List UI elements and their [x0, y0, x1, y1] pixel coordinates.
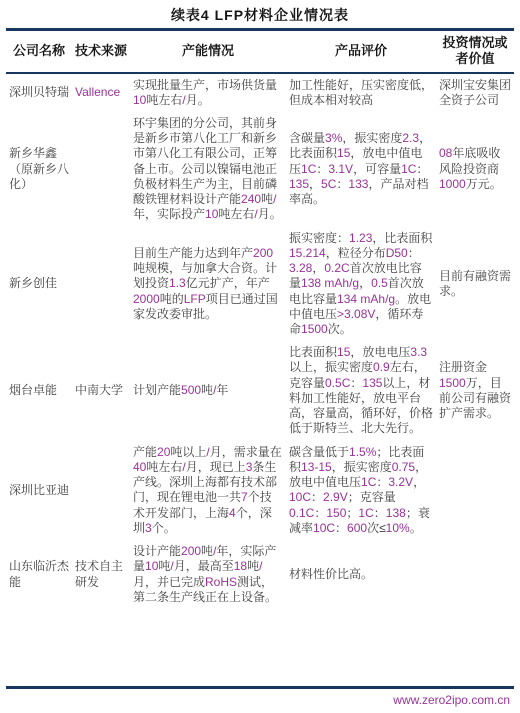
- cell-capacity: 环宇集团的分公司，其前身是新乡市第八化工厂和新乡市第八化工有限公司，正筹备上市。…: [130, 112, 286, 227]
- cell-investment: 目前有融资需求。: [436, 227, 514, 342]
- footer-website-link[interactable]: www.zero2ipo.com.cn: [0, 689, 520, 713]
- cell-evaluation: 振实密度：1.23，比表面积15.214，粒径分布D50：3.28，0.2C首次…: [286, 227, 436, 342]
- cell-tech-source: 中南大学: [72, 341, 130, 440]
- column-header-evaluation: 产品评价: [286, 30, 436, 73]
- lfp-company-table: 公司名称 技术来源 产能情况 产品评价 投资情况或者价值 深圳贝特瑞 Valle…: [6, 28, 514, 609]
- cell-capacity: 实现批量生产，市场供货量10吨左右/月。: [130, 73, 286, 112]
- cell-tech-source: [72, 112, 130, 227]
- cell-capacity: 产能20吨以上/月，需求量在40吨左右/月，现已上3条生产线。深圳上海都有技术部…: [130, 441, 286, 540]
- cell-company: 烟台卓能: [6, 341, 72, 440]
- table-row: 深圳贝特瑞 Vallence 实现批量生产，市场供货量10吨左右/月。 加工性能…: [6, 73, 514, 112]
- column-header-investment: 投资情况或者价值: [436, 30, 514, 73]
- cell-tech-source: Vallence: [72, 73, 130, 112]
- page-footer: www.zero2ipo.com.cn: [0, 686, 520, 713]
- cell-company: 深圳贝特瑞: [6, 73, 72, 112]
- cell-tech-source: [72, 227, 130, 342]
- cell-capacity: 目前生产能力达到年产200吨规模，与加拿大合资。计划投资1.3亿元扩产，年产20…: [130, 227, 286, 342]
- cell-investment: 注册资金1500万，目前公司有融资扩产需求。: [436, 341, 514, 440]
- cell-evaluation: 比表面积15，放电电压3.3以上，振实密度0.9左右，克容量0.5C：135以上…: [286, 341, 436, 440]
- cell-company: 新乡创佳: [6, 227, 72, 342]
- cell-investment: [436, 540, 514, 609]
- cell-investment: 08年底吸收风险投资商1000万元。: [436, 112, 514, 227]
- table-row: 烟台卓能 中南大学 计划产能500吨/年 比表面积15，放电电压3.3以上，振实…: [6, 341, 514, 440]
- cell-investment: [436, 441, 514, 540]
- table-row: 新乡华鑫 （原新乡八化） 环宇集团的分公司，其前身是新乡市第八化工厂和新乡市第八…: [6, 112, 514, 227]
- header-row: 公司名称 技术来源 产能情况 产品评价 投资情况或者价值: [6, 30, 514, 73]
- column-header-tech-source: 技术来源: [72, 30, 130, 73]
- column-header-capacity: 产能情况: [130, 30, 286, 73]
- cell-tech-source: 技术自主研发: [72, 540, 130, 609]
- cell-company: 深圳比亚迪: [6, 441, 72, 540]
- cell-evaluation: 含碳量3%，振实密度2.3，比表面积15，放电中值电压1C：3.1V，可容量1C…: [286, 112, 436, 227]
- table-row: 深圳比亚迪 产能20吨以上/月，需求量在40吨左右/月，现已上3条生产线。深圳上…: [6, 441, 514, 540]
- page-title: 续表4 LFP材料企业情况表: [0, 0, 520, 28]
- cell-capacity: 计划产能500吨/年: [130, 341, 286, 440]
- cell-evaluation: 材料性价比高。: [286, 540, 436, 609]
- column-header-company: 公司名称: [6, 30, 72, 73]
- cell-investment: 深圳宝安集团全资子公司: [436, 73, 514, 112]
- cell-tech-source: [72, 441, 130, 540]
- cell-company: 新乡华鑫 （原新乡八化）: [6, 112, 72, 227]
- table-row: 新乡创佳 目前生产能力达到年产200吨规模，与加拿大合资。计划投资1.3亿元扩产…: [6, 227, 514, 342]
- cell-capacity: 设计产能200吨/年，实际产量10吨/月，最高至18吨/月，并已完成RoHS测试…: [130, 540, 286, 609]
- cell-evaluation: 加工性能好，压实密度低，但成本相对较高: [286, 73, 436, 112]
- table-row: 山东临沂杰能 技术自主研发 设计产能200吨/年，实际产量10吨/月，最高至18…: [6, 540, 514, 609]
- cell-company: 山东临沂杰能: [6, 540, 72, 609]
- cell-evaluation: 碳含量低于1.5%；比表面积13-15，振实密度0.75，放电中值电压1C：3.…: [286, 441, 436, 540]
